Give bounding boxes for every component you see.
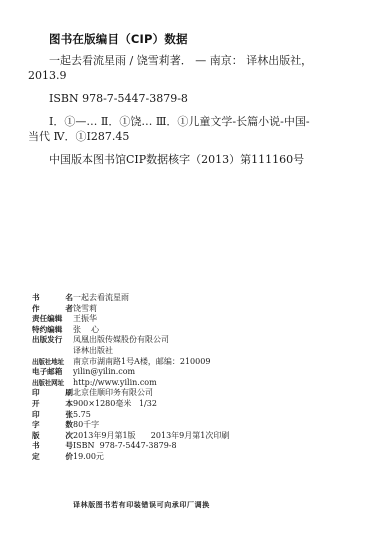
copyright-page: 图书在版编目（CIP）数据 一起去看流星雨 / 饶雪莉著． — 南京： 译林出版… — [0, 0, 375, 540]
colophon-label: 出版发行 — [32, 335, 73, 346]
colophon-value-website: http://www.yilin.com — [73, 378, 157, 389]
cip-subject-headings: Ⅰ．①—… Ⅱ．①饶… Ⅲ．①儿童文学-长篇小说-中国- 当代 Ⅳ．①I287.… — [28, 114, 328, 144]
colophon-row-book-number: 书号 ISBN 978-7-5447-3879-8 — [32, 441, 229, 452]
colophon-row-price: 定价 19.00元 — [32, 452, 229, 463]
colophon-value-email: yilin@yilin.com — [73, 367, 135, 378]
cip-approval-number: 中国版本图书馆CIP数据核字（2013）第111160号 — [28, 152, 328, 167]
colophon-row-website: 出版社网址 http://www.yilin.com — [32, 378, 229, 389]
colophon-value-format: 900×1280毫米 1/32 — [73, 399, 157, 410]
cip-subject-line-1: Ⅰ．①—… Ⅱ．①饶… Ⅲ．①儿童文学-长篇小说-中国- — [28, 114, 328, 129]
colophon-row-email: 电子邮箱 yilin@yilin.com — [32, 367, 229, 378]
misprint-exchange-note: 译林版图书若有印装错误可向承印厂调换 — [73, 500, 210, 510]
colophon-value-special-editor: 张 心 — [73, 325, 99, 336]
colophon-label: 定价 — [32, 452, 73, 463]
colophon-label: 印刷 — [32, 388, 73, 399]
colophon-row-author: 作者 饶雪莉 — [32, 304, 229, 315]
colophon-row-word-count: 字数 80千字 — [32, 420, 229, 431]
colophon-label: 出版社地址 — [32, 357, 73, 368]
colophon-value-sheets: 5.75 — [73, 410, 91, 421]
colophon-row-title: 书名 一起去看流星雨 — [32, 293, 229, 304]
cip-entry-line-2: 2013.9 — [28, 68, 328, 83]
colophon-label: 版次 — [32, 431, 73, 442]
colophon-value-edition: 2013年9月第1版 2013年9月第1次印刷 — [73, 431, 229, 442]
colophon-row-edition: 版次 2013年9月第1版 2013年9月第1次印刷 — [32, 431, 229, 442]
cip-title: 图书在版编目（CIP）数据 — [49, 31, 188, 47]
cip-subject-line-2: 当代 Ⅳ．①I287.45 — [28, 129, 328, 144]
colophon-row-publisher: 出版发行 凤凰出版传媒股份有限公司 — [32, 335, 229, 346]
colophon-label: 电子邮箱 — [32, 367, 73, 378]
colophon-label: 特约编辑 — [32, 325, 73, 336]
colophon-row-publisher-2: 译林出版社 — [32, 346, 229, 357]
colophon-row-address: 出版社地址 南京市湖南路1号A楼，邮编：210009 — [32, 357, 229, 368]
cip-bibliographic-entry: 一起去看流星雨 / 饶雪莉著． — 南京： 译林出版社， 2013.9 — [28, 53, 328, 83]
colophon-value-title: 一起去看流星雨 — [73, 293, 129, 304]
colophon-label: 责任编辑 — [32, 314, 73, 325]
colophon-value-author: 饶雪莉 — [73, 304, 97, 315]
colophon-label: 开本 — [32, 399, 73, 410]
colophon-row-special-editor: 特约编辑 张 心 — [32, 325, 229, 336]
colophon-value-publisher: 凤凰出版传媒股份有限公司 — [73, 335, 169, 346]
colophon-label: 书名 — [32, 293, 73, 304]
colophon-row-responsible-editor: 责任编辑 王振华 — [32, 314, 229, 325]
colophon-value-responsible-editor: 王振华 — [73, 314, 97, 325]
colophon-label: 印张 — [32, 410, 73, 421]
colophon-value-isbn: ISBN 978-7-5447-3879-8 — [73, 441, 177, 452]
cip-isbn: ISBN 978-7-5447-3879-8 — [28, 91, 328, 106]
colophon-row-format: 开本 900×1280毫米 1/32 — [32, 399, 229, 410]
colophon-value-printer: 北京佳顺印务有限公司 — [73, 388, 153, 399]
colophon-value-address: 南京市湖南路1号A楼，邮编：210009 — [73, 357, 210, 368]
colophon-value-publisher-2: 译林出版社 — [73, 346, 113, 357]
cip-approval-text: 中国版本图书馆CIP数据核字（2013）第111160号 — [28, 152, 328, 167]
cip-isbn-text: ISBN 978-7-5447-3879-8 — [28, 91, 328, 106]
colophon-value-price: 19.00元 — [73, 452, 104, 463]
cip-entry-line-1: 一起去看流星雨 / 饶雪莉著． — 南京： 译林出版社， — [28, 53, 328, 68]
colophon-row-sheets: 印张 5.75 — [32, 410, 229, 421]
cip-data-block: 一起去看流星雨 / 饶雪莉著． — 南京： 译林出版社， 2013.9 ISBN… — [28, 53, 328, 175]
colophon-label: 出版社网址 — [32, 378, 73, 389]
colophon-value-word-count: 80千字 — [73, 420, 99, 431]
colophon-row-printer: 印刷 北京佳顺印务有限公司 — [32, 388, 229, 399]
colophon-label-empty — [32, 346, 73, 357]
colophon-label: 书号 — [32, 441, 73, 452]
colophon-label: 作者 — [32, 304, 73, 315]
colophon-table: 书名 一起去看流星雨 作者 饶雪莉 责任编辑 王振华 特约编辑 张 心 出版发行 — [32, 293, 229, 463]
colophon-label: 字数 — [32, 420, 73, 431]
